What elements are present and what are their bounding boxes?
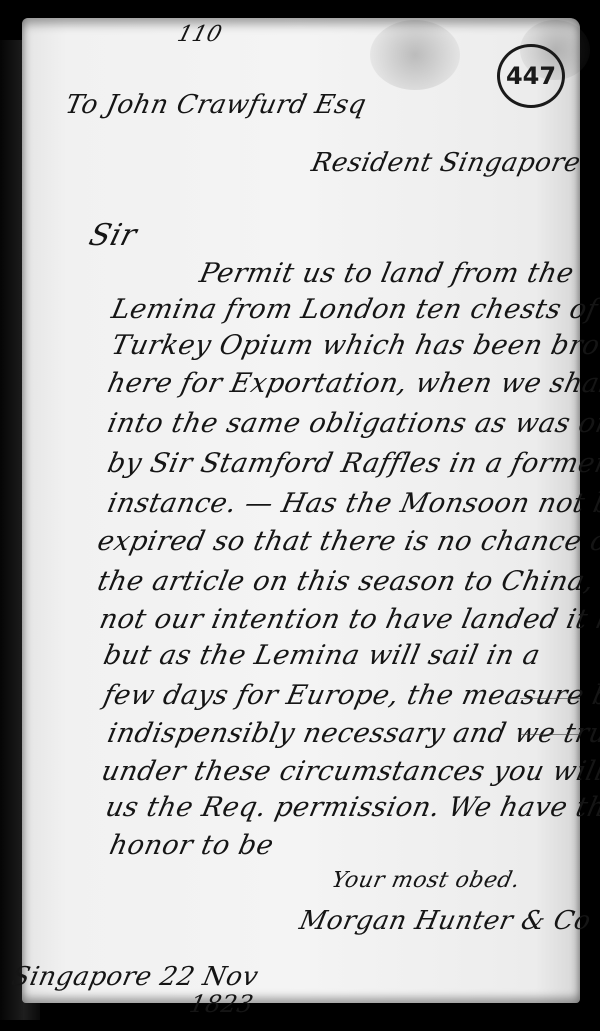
body-line: by Sir Stamford Raffles in a former (105, 448, 600, 479)
body-line: us the Req. permission. We have the (103, 792, 600, 823)
body-line: honor to be (107, 830, 277, 861)
salutation: Sir (85, 218, 140, 253)
body-line: not our intention to have landed it here (97, 604, 600, 635)
margin-rule (520, 734, 580, 735)
body-line: Turkey Opium which has been brought (109, 330, 600, 361)
place-date: Singapore 22 Nov (9, 962, 261, 992)
body-line: Permit us to land from the (197, 258, 577, 289)
closing: Your most obed. (329, 868, 522, 893)
margin-rule (520, 698, 580, 699)
year: 1823 (187, 990, 256, 1018)
body-line: here for Exportation, when we shall ente… (105, 368, 600, 399)
body-line: expired so that there is no chance of us… (95, 526, 600, 557)
signature: Morgan Hunter & Co (297, 906, 594, 936)
body-line: the article on this season to China, it … (95, 566, 600, 597)
addressee-title: Resident Singapore (309, 148, 584, 178)
archive-number-circled: 447 (497, 44, 565, 108)
addressee: To John Crawfurd Esq (63, 90, 369, 120)
paper-stain (370, 20, 460, 90)
body-line: into the same obligations as was ordered (105, 408, 600, 439)
body-line: instance. — Has the Monsoon not been (105, 488, 600, 519)
body-line: under these circumstances you will grant (99, 756, 600, 787)
body-line: few days for Europe, the measure becomes (101, 680, 600, 711)
folio-number: 110 (175, 22, 225, 47)
body-line: Lemina from London ten chests of (109, 294, 600, 325)
body-line: but as the Lemina will sail in a (101, 640, 543, 671)
